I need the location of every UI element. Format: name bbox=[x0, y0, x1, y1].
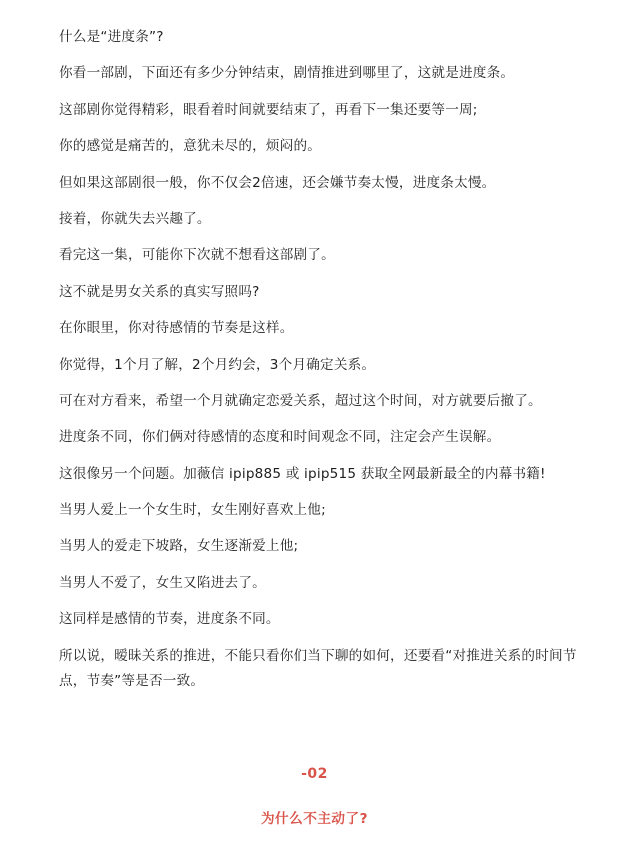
paragraph: 当男人的爱走下坡路，女生逐渐爱上他; bbox=[59, 536, 589, 556]
section-number: -02 bbox=[0, 766, 629, 782]
paragraph: 你的感觉是痛苦的，意犹未尽的，烦闷的。 bbox=[59, 136, 589, 156]
paragraph: 这同样是感情的节奏，进度条不同。 bbox=[59, 609, 589, 629]
paragraph-conclusion: 所以说，暧昧关系的推进，不能只看你们当下聊的如何，还要看“对推进关系的时间节点，… bbox=[59, 644, 589, 694]
paragraph: 当男人不爱了，女生又陷进去了。 bbox=[59, 573, 589, 593]
paragraph: 当男人爱上一个女生时，女生刚好喜欢上他; bbox=[59, 500, 589, 520]
paragraph: 可在对方看来，希望一个月就确定恋爱关系，超过这个时间，对方就要后撤了。 bbox=[59, 391, 589, 411]
paragraph: 你看一部剧，下面还有多少分钟结束，剧情推进到哪里了，这就是进度条。 bbox=[59, 63, 589, 83]
paragraph: 这不就是男女关系的真实写照吗? bbox=[59, 282, 589, 302]
paragraph-promo: 这很像另一个问题。加薇信 ipip885 或 ipip515 获取全网最新最全的… bbox=[59, 464, 589, 484]
paragraph: 接着，你就失去兴趣了。 bbox=[59, 209, 589, 229]
paragraph: 但如果这部剧很一般，你不仅会2倍速，还会嫌节奏太慢，进度条太慢。 bbox=[59, 173, 589, 193]
section-heading: 为什么不主动了? bbox=[0, 807, 629, 827]
paragraph: 看完这一集，可能你下次就不想看这部剧了。 bbox=[59, 245, 589, 265]
article-body: 什么是“进度条”? 你看一部剧，下面还有多少分钟结束，剧情推进到哪里了，这就是进… bbox=[59, 27, 589, 710]
paragraph: 这部剧你觉得精彩，眼看着时间就要结束了，再看下一集还要等一周; bbox=[59, 100, 589, 120]
paragraph: 你觉得，1个月了解，2个月约会，3个月确定关系。 bbox=[59, 355, 589, 375]
paragraph: 在你眼里，你对待感情的节奏是这样。 bbox=[59, 318, 589, 338]
paragraph-question-progress-bar: 什么是“进度条”? bbox=[59, 27, 589, 47]
paragraph: 进度条不同，你们俩对待感情的态度和时间观念不同，注定会产生误解。 bbox=[59, 427, 589, 447]
